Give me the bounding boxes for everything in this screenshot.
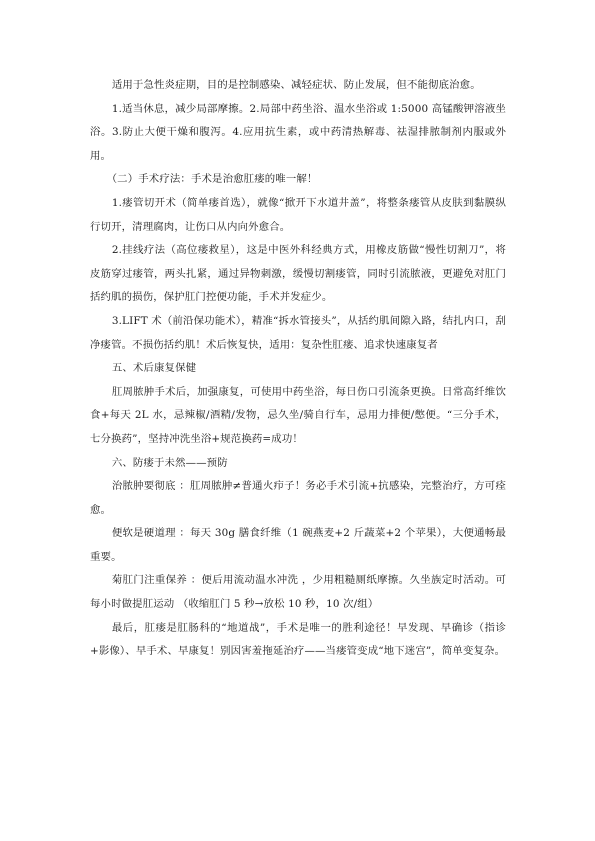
- heading-postoperative-care: 五、术后康复保健: [90, 357, 506, 381]
- document-page: 适用于急性炎症期，目的是控制感染、减轻症状、防止发展，但不能彻底治愈。 1.适当…: [0, 0, 595, 841]
- paragraph-soft-stool: 便软是硬道理 ：每天 30g 膳食纤维（1 碗燕麦+2 斤蔬菜+2 个苹果），大…: [90, 522, 506, 569]
- heading-prevention: 六、防瘘于未然——预防: [90, 452, 506, 476]
- paragraph-acute-phase-intro: 适用于急性炎症期，目的是控制感染、减轻症状、防止发展，但不能彻底治愈。: [90, 74, 506, 98]
- paragraph-recovery-advice: 肛周脓肿手术后，加强康复，可使用中药坐浴，每日伤口引流条更换。日常高纤维饮食+每…: [90, 381, 506, 452]
- paragraph-lift-procedure: 3.LIFT 术（前沿保功能术），精准“拆水管接头”，从括约肌间隙入路，结扎内口…: [90, 310, 506, 357]
- paragraph-anal-care: 菊肛门注重保养 ：便后用流动温水冲洗 ，少用粗糙厕纸摩擦。久坐族定时活动。可每小…: [90, 569, 506, 616]
- paragraph-conclusion: 最后，肛瘘是肛肠科的“地道战”，手术是唯一的胜利途径！早发现、早确诊（指诊+影像…: [90, 617, 506, 664]
- paragraph-treat-abscess: 治脓肿要彻底 ：肛周脓肿≠普通火疖子！务必手术引流+抗感染，完整治疗，方可痊愈。: [90, 475, 506, 522]
- document-body: 适用于急性炎症期，目的是控制感染、减轻症状、防止发展，但不能彻底治愈。 1.适当…: [90, 74, 506, 664]
- paragraph-seton-therapy: 2.挂线疗法（高位瘘救星），这是中医外科经典方式，用橡皮筋做“慢性切割刀”，将皮…: [90, 239, 506, 310]
- paragraph-fistulotomy: 1.瘘管切开术（简单瘘首选），就像“掀开下水道井盖”，将整条瘘管从皮肤到黏膜纵行…: [90, 192, 506, 239]
- paragraph-conservative-measures: 1.适当休息，减少局部摩擦。2.局部中药坐浴、温水坐浴或 1:5000 高锰酸钾…: [90, 98, 506, 169]
- heading-surgical-treatment: （二）手术疗法：手术是治愈肛瘘的唯一解！: [90, 168, 506, 192]
